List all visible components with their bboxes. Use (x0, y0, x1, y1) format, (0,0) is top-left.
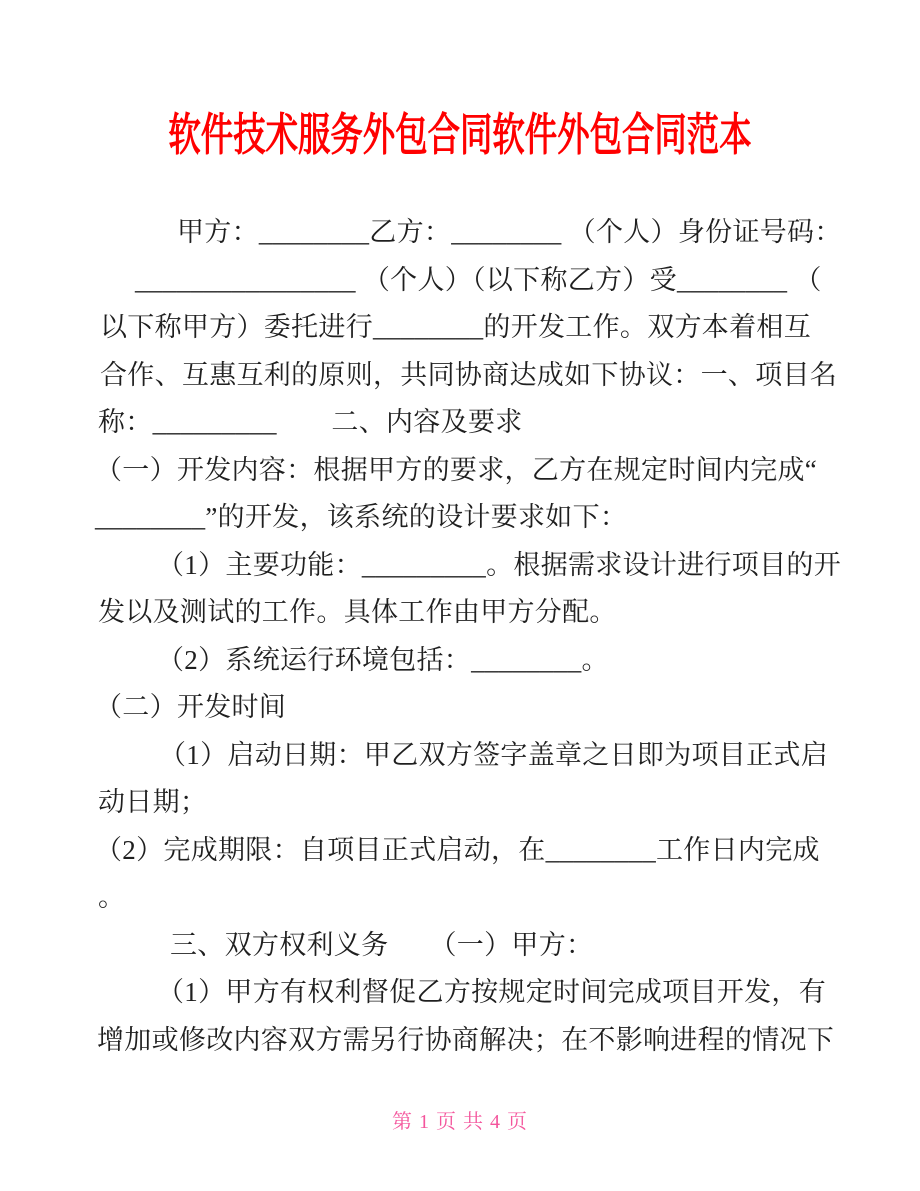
body-line: ________”的开发，该系统的设计要求如下： (95, 494, 835, 542)
page-number: 第 1 页 共 4 页 (0, 1108, 920, 1136)
document-page: 软件技术服务外包合同软件外包合同范本 甲方：________乙方：_______… (0, 0, 920, 1191)
body-line: （1）主要功能：_________。根据需求设计进行项目的开 (95, 542, 835, 590)
body-line: 甲方：________乙方：________ （个人）身份证号码： (95, 209, 835, 257)
body-line: 以下称甲方）委托进行________的开发工作。双方本着相互 (95, 304, 835, 352)
body-line: （一）开发内容：根据甲方的要求，乙方在规定时间内完成“ (95, 447, 835, 495)
document-title: 软件技术服务外包合同软件外包合同范本 (0, 109, 920, 161)
body-line: 称：_________ 二、内容及要求 (95, 399, 835, 447)
body-line: （二）开发时间 (95, 684, 835, 732)
body-line: （2）完成期限：自项目正式启动，在________工作日内完成 (95, 827, 835, 875)
body-line: 动日期； (95, 779, 835, 827)
body-line: 合作、互惠互利的原则，共同协商达成如下协议：一、项目名 (95, 352, 835, 400)
body-line: 三、双方权利义务 （一）甲方： (95, 922, 835, 970)
body-line: 。 (95, 874, 835, 922)
document-body: 甲方：________乙方：________ （个人）身份证号码：_______… (95, 209, 835, 1064)
body-line: 增加或修改内容双方需另行协商解决；在不影响进程的情况下 (95, 1017, 835, 1065)
body-line: （1）甲方有权利督促乙方按规定时间完成项目开发，有 (95, 969, 835, 1017)
body-line: （2）系统运行环境包括：________。 (95, 637, 835, 685)
document-title-text: 软件技术服务外包合同软件外包合同范本 (168, 109, 751, 161)
body-line: ________________ （个人）（以下称乙方）受________ （ (95, 257, 835, 305)
body-line: （1）启动日期：甲乙双方签字盖章之日即为项目正式启 (95, 732, 835, 780)
body-line: 发以及测试的工作。具体工作由甲方分配。 (95, 589, 835, 637)
